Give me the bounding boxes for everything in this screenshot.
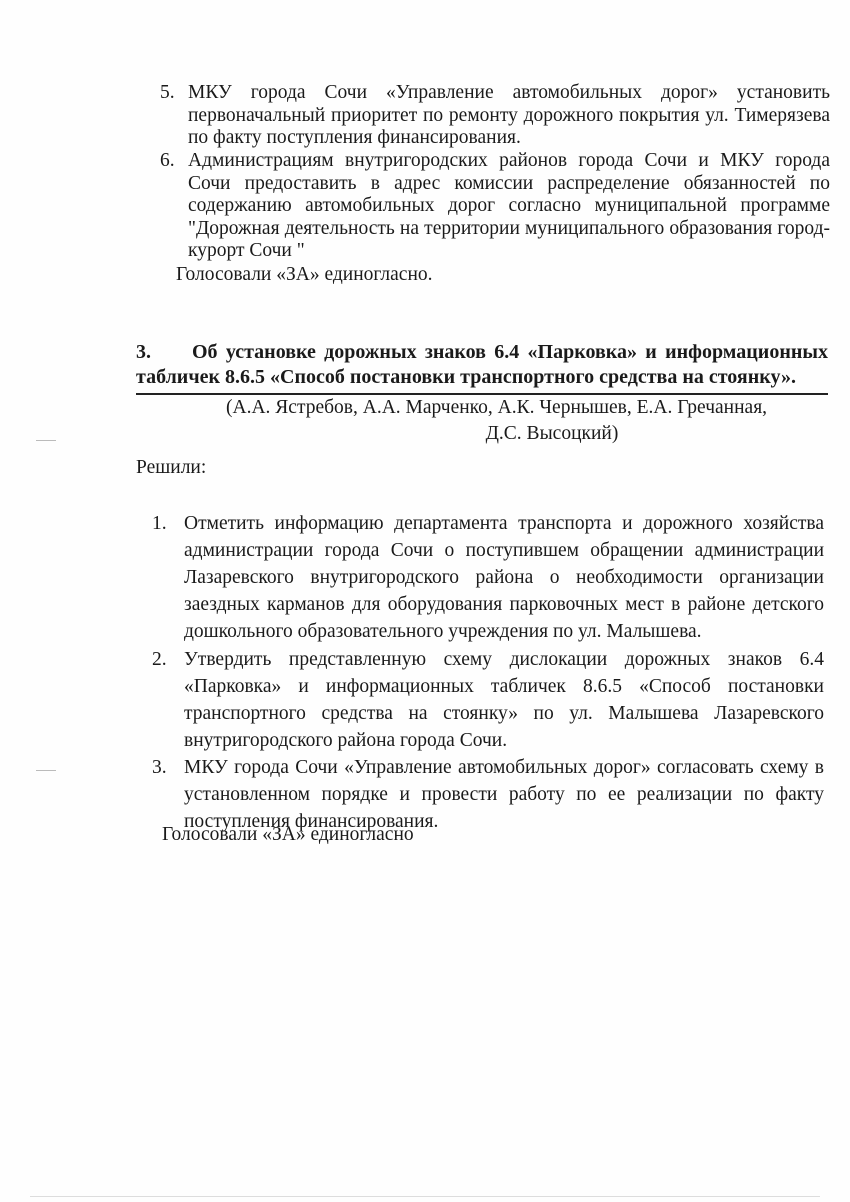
item-number: 2. [152,646,184,673]
authors-line-2: Д.С. Высоцкий) [136,422,828,446]
resolution-item-2: 2. Утвердить представленную схему дислок… [152,646,824,754]
section-number: 3. [136,340,192,365]
item-text: МКУ города Сочи «Управление автомобильны… [184,754,824,835]
resolution-item-3: 3. МКУ города Сочи «Управление автомобил… [152,754,824,835]
resolution-item-1: 1. Отметить информацию департамента тран… [152,510,824,645]
heading-underline [136,393,828,395]
decision-item-5: 5. МКУ города Сочи «Управление автомобил… [160,82,830,150]
item-text: Утвердить представленную схему дислокаци… [184,646,824,754]
scan-artifact [36,770,56,771]
item-text: Администрациям внутригородских районов г… [188,150,830,263]
item-text: МКУ города Сочи «Управление автомобильны… [188,82,830,150]
document-page: 5. МКУ города Сочи «Управление автомобил… [0,0,850,1202]
scan-edge [30,1196,820,1197]
item-number: 1. [152,510,184,537]
section-title: Об установке дорожных знаков 6.4 «Парков… [136,341,828,388]
section-heading: 3.Об установке дорожных знаков 6.4 «Парк… [136,340,828,390]
resolved-label: Решили: [136,457,206,479]
vote-result: Голосовали «ЗА» единогласно [162,824,414,846]
item-number: 3. [152,754,184,781]
item-number: 5. [160,82,188,105]
item-text: Отметить информацию департамента транспо… [184,510,824,645]
vote-result: Голосовали «ЗА» единогласно. [176,264,433,286]
scan-artifact [36,440,56,441]
item-number: 6. [160,150,188,173]
authors-line-1: (А.А. Ястребов, А.А. Марченко, А.К. Черн… [136,396,828,420]
decision-item-6: 6. Администрациям внутригородских районо… [160,150,830,263]
